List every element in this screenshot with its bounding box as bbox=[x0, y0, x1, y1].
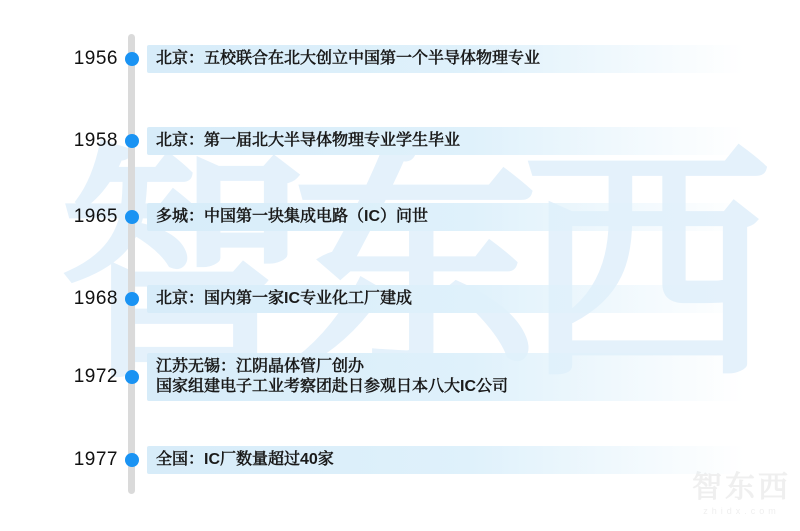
brand-logo-text: 智东西 bbox=[692, 472, 791, 504]
event-text-box: 北京：五校联合在北大创立中国第一个半导体物理专业 bbox=[147, 45, 796, 73]
event-year: 1956 bbox=[0, 48, 118, 70]
event-text: 江苏无锡：江阴晶体管厂创办 bbox=[156, 357, 786, 377]
event-year: 1968 bbox=[0, 288, 118, 310]
event-year: 1977 bbox=[0, 449, 118, 471]
event-text-box: 北京：第一届北大半导体物理专业学生毕业 bbox=[147, 127, 796, 155]
event-text: 多城：中国第一块集成电路（IC）问世 bbox=[156, 207, 786, 227]
event-text-box: 江苏无锡：江阴晶体管厂创办 国家组建电子工业考察团赴日参观日本八大IC公司 bbox=[147, 353, 796, 401]
event-text-box: 多城：中国第一块集成电路（IC）问世 bbox=[147, 203, 796, 231]
timeline-spine bbox=[128, 34, 135, 494]
event-text: 北京：五校联合在北大创立中国第一个半导体物理专业 bbox=[156, 49, 786, 69]
event-text: 全国：IC厂数量超过40家 bbox=[156, 450, 786, 470]
event-text-box: 北京：国内第一家IC专业化工厂建成 bbox=[147, 285, 796, 313]
event-year: 1972 bbox=[0, 366, 118, 388]
event-year: 1958 bbox=[0, 130, 118, 152]
timeline-dot-icon bbox=[125, 52, 139, 66]
timeline-dot-icon bbox=[125, 370, 139, 384]
brand-logo: 智东西 zhidx.com bbox=[692, 472, 791, 516]
event-text: 国家组建电子工业考察团赴日参观日本八大IC公司 bbox=[156, 377, 786, 397]
event-text: 北京：第一届北大半导体物理专业学生毕业 bbox=[156, 131, 786, 151]
timeline-dot-icon bbox=[125, 134, 139, 148]
timeline-dot-icon bbox=[125, 292, 139, 306]
timeline-infographic: 智东西 1956 北京：五校联合在北大创立中国第一个半导体物理专业 1958 北… bbox=[0, 0, 800, 531]
event-text-box: 全国：IC厂数量超过40家 bbox=[147, 446, 796, 474]
brand-logo-domain: zhidx.com bbox=[692, 506, 791, 516]
event-year: 1965 bbox=[0, 206, 118, 228]
timeline-dot-icon bbox=[125, 453, 139, 467]
event-text: 北京：国内第一家IC专业化工厂建成 bbox=[156, 289, 786, 309]
timeline-dot-icon bbox=[125, 210, 139, 224]
